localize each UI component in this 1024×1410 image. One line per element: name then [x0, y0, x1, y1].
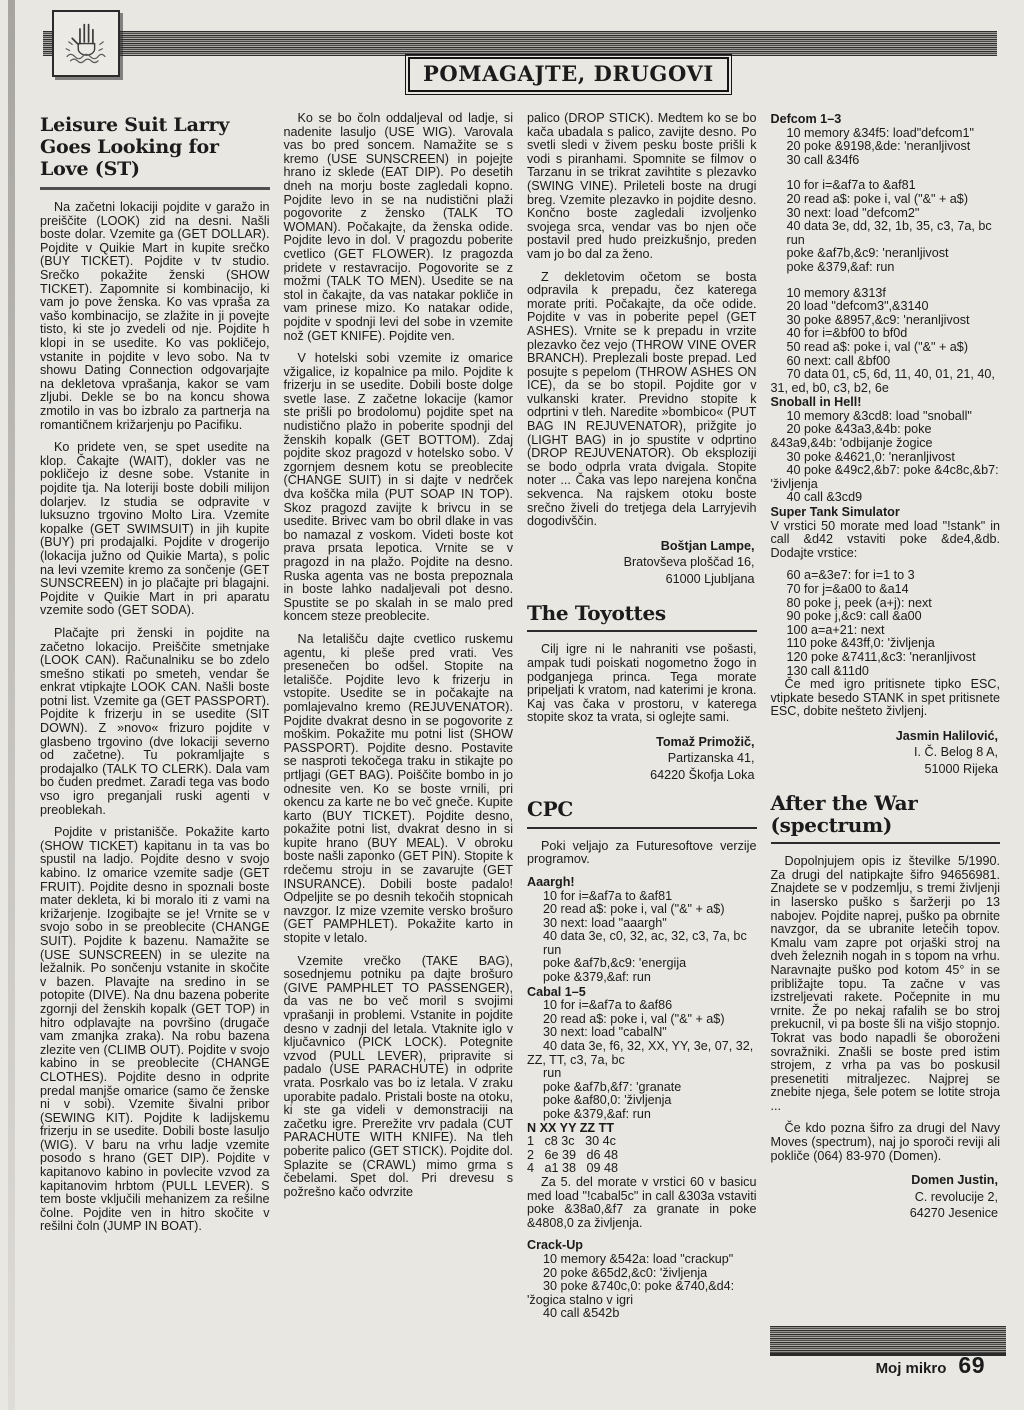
code-line: 20 read a$: poke i, val ("&" + a$) [527, 1013, 757, 1027]
body-paragraph: Če med igro pritisnete tipko ESC, vtipka… [771, 678, 1001, 719]
page-number: 69 [958, 1352, 985, 1379]
table-header-row: N XX YY ZZ TT [527, 1122, 757, 1136]
game-title-subhead: Defcom 1–3 [771, 113, 1001, 127]
body-paragraph: Z dekletovim očetom se bosta odpravila k… [527, 271, 757, 529]
author-name: Domen Justin, [771, 1172, 999, 1188]
code-line: 20 load "defcom3",&3140 [771, 300, 1001, 314]
body-paragraph-continued: V vrstici 50 morate med load "!stank" in… [771, 520, 1001, 561]
author-address-line: Bratovševa ploščad 16, [527, 554, 755, 570]
author-address-line: 51000 Rijeka [771, 761, 999, 777]
heading-rule [771, 842, 1001, 844]
code-line: 20 poke &9198,&de: 'neranljivost [771, 140, 1001, 154]
code-line: run [527, 1067, 757, 1081]
code-line: 40 call &542b [527, 1307, 757, 1321]
column-4: Defcom 1–310 memory &34f5: load"defcom1"… [771, 112, 1001, 1321]
magazine-page: POMAGAJTE, DRUGOVI Leisure Suit Larry Go… [0, 0, 1024, 1410]
code-line: 10 for i=&af7a to &af81 [771, 179, 1001, 193]
body-paragraph: Plačajte pri ženski in pojdite na začetn… [40, 627, 270, 817]
column-1: Leisure Suit Larry Goes Looking for Love… [40, 112, 270, 1321]
code-line: 120 poke &7411,&c3: 'neranljivost [771, 651, 1001, 665]
code-line: 30 call &34f6 [771, 154, 1001, 168]
author-address-line: Partizanska 41, [527, 750, 755, 766]
signature: Boštjan Lampe,Bratovševa ploščad 16,6100… [527, 538, 755, 587]
body-paragraph: Vzemite vrečko (TAKE BAG), sosednjemu po… [284, 955, 514, 1200]
body-paragraph: Na letališču dajte cvetlico ruskemu agen… [284, 633, 514, 946]
code-line: 100 a=a+21: next [771, 624, 1001, 638]
author-address-line: 64270 Jesenice [771, 1205, 999, 1221]
code-line: 70 for j=&a00 to &a14 [771, 583, 1001, 597]
section-heading: The Toyottes [527, 603, 757, 625]
code-line: 20 read a$: poke i, val ("&" + a$) [771, 193, 1001, 207]
signature: Tomaž Primožič,Partizanska 41,64220 Škof… [527, 734, 755, 783]
code-line: 70 data 01, c5, 6d, 11, 40, 01, 21, 40, … [771, 368, 1001, 395]
author-name: Boštjan Lampe, [527, 538, 755, 554]
code-line: 10 memory &3cd8: load "snoball" [771, 410, 1001, 424]
code-line: 30 poke &8957,&c9: 'neranljivost [771, 314, 1001, 328]
code-line: 40 data 3e, f6, 32, XX, YY, 3e, 07, 32, … [527, 1040, 757, 1067]
table-row: 1 c8 3c 30 4c [527, 1135, 757, 1149]
code-line: 40 data 3e, c0, 32, ac, 32, c3, 7a, bc [527, 930, 757, 944]
code-line: 30 poke &740c,0: poke &740,&d4: 'žogica … [527, 1280, 757, 1307]
rubric-title: POMAGAJTE, DRUGOVI [423, 61, 714, 86]
heading-rule [527, 827, 757, 829]
code-line: poke &379,&af: run [527, 971, 757, 985]
body-paragraph: Za 5. del morate v vrstici 60 v basicu m… [527, 1176, 757, 1230]
top-striped-bar [43, 31, 997, 56]
code-line: 30 poke &4621,0: 'neranljivost [771, 451, 1001, 465]
code-line: 50 read a$: poke i, val ("&" + a$) [771, 341, 1001, 355]
rubric-title-box: POMAGAJTE, DRUGOVI [408, 57, 729, 92]
page-edge-stripe [8, 0, 15, 1410]
code-line: 20 poke &43a3,&4b: poke &43a9,&4b: 'odbi… [771, 423, 1001, 450]
code-line: 110 poke &43ff,0: 'življenja [771, 637, 1001, 651]
code-line: run [527, 944, 757, 958]
code-line: 20 read a$: poke i, val ("&" + a$) [527, 903, 757, 917]
code-line: 40 poke &49c2,&b7: poke &4c8c,&b7: 'živl… [771, 464, 1001, 491]
body-paragraph: Ko se bo čoln oddaljeval od ladje, si na… [284, 112, 514, 343]
author-name: Jasmin Halilović, [771, 728, 999, 744]
code-line: 20 poke &65d2,&c0: 'življenja [527, 1267, 757, 1281]
table-row: 4 a1 38 09 48 [527, 1162, 757, 1176]
author-address-line: I. Č. Belog 8 A, [771, 744, 999, 760]
code-line: poke &af7b,&c9: 'energija [527, 957, 757, 971]
body-paragraph: Poki veljajo za Futuresoftove verzije pr… [527, 840, 757, 867]
code-line: 90 poke j,&c9: call &a00 [771, 610, 1001, 624]
code-line: 30 next: load "cabalN" [527, 1026, 757, 1040]
body-paragraph: Ko pridete ven, se spet usedite na klop.… [40, 441, 270, 618]
page-footer: Moj mikro 69 [876, 1352, 985, 1379]
heading-rule [527, 630, 757, 632]
rubric-logo [52, 10, 120, 77]
body-paragraph: Cilj igre ni le nahraniti vse pošasti, a… [527, 643, 757, 725]
code-line: poke &379,&af: run [771, 261, 1001, 275]
code-line: poke &af7b,&f7: 'granate [527, 1081, 757, 1095]
body-paragraph: Na začetni lokaciji pojdite v garažo in … [40, 201, 270, 432]
section-heading: CPC [527, 799, 757, 821]
game-title-subhead: Super Tank Simulator [771, 506, 1001, 520]
body-paragraph: Dopolnjujem opis iz številke 5/1990. Za … [771, 855, 1001, 1113]
author-address-line: C. revolucije 2, [771, 1189, 999, 1205]
body-paragraph: Pojdite v pristanišče. Pokažite karto (S… [40, 826, 270, 1234]
code-line: 10 memory &542a: load "crackup" [527, 1253, 757, 1267]
column-3: palico (DROP STICK). Medtem ko se bo kač… [527, 112, 757, 1321]
code-line: 30 next: load "defcom2" [771, 207, 1001, 221]
signature: Jasmin Halilović,I. Č. Belog 8 A,51000 R… [771, 728, 999, 777]
section-heading: After the War (spectrum) [771, 793, 1001, 836]
code-line: 10 memory &313f [771, 287, 1001, 301]
magazine-name: Moj mikro [876, 1360, 947, 1377]
code-line: run [771, 234, 1001, 248]
code-line: 10 memory &34f5: load"defcom1" [771, 127, 1001, 141]
game-title-subhead: Aaargh! [527, 876, 757, 890]
code-line: 60 next: call &bf00 [771, 355, 1001, 369]
code-line: 60 a=&3e7: for i=1 to 3 [771, 569, 1001, 583]
table-row: 2 6e 39 d6 48 [527, 1149, 757, 1163]
signature: Domen Justin,C. revolucije 2,64270 Jesen… [771, 1172, 999, 1221]
code-line: poke &af80,0: 'življenja [527, 1094, 757, 1108]
code-line: 30 next: load "aaargh" [527, 917, 757, 931]
game-title-subhead: Snoball in Hell! [771, 396, 1001, 410]
body-paragraph-continued: palico (DROP STICK). Medtem ko se bo kač… [527, 112, 757, 262]
code-line: 40 for i=&bf00 to bf0d [771, 327, 1001, 341]
code-line: 40 call &3cd9 [771, 491, 1001, 505]
article-title: Leisure Suit Larry Goes Looking for Love… [40, 114, 270, 180]
code-line: poke &af7b,&c9: 'neranljivost [771, 247, 1001, 261]
hand-logo-icon [60, 16, 112, 71]
code-line: 10 for i=&af7a to &af86 [527, 999, 757, 1013]
code-line: poke &379,&af: run [527, 1108, 757, 1122]
title-rule [40, 187, 270, 190]
author-address-line: 64220 Škofja Loka [527, 767, 755, 783]
author-address-line: 61000 Ljubljana [527, 571, 755, 587]
column-2: Ko se bo čoln oddaljeval od ladje, si na… [284, 112, 514, 1321]
game-title-subhead: Crack-Up [527, 1239, 757, 1253]
body-paragraph: Če kdo pozna šifro za drugi del Navy Mov… [771, 1122, 1001, 1163]
columns: Leisure Suit Larry Goes Looking for Love… [40, 112, 1000, 1321]
code-line: 40 data 3e, dd, 32, 1b, 35, c3, 7a, bc [771, 220, 1001, 234]
spacer [771, 275, 1001, 287]
author-name: Tomaž Primožič, [527, 734, 755, 750]
body-paragraph: V hotelski sobi vzemite iz omarice vžiga… [284, 352, 514, 624]
code-line: 80 poke j, peek (a+j): next [771, 597, 1001, 611]
game-title-subhead: Cabal 1–5 [527, 986, 757, 1000]
code-line: 10 for i=&af7a to &af81 [527, 890, 757, 904]
